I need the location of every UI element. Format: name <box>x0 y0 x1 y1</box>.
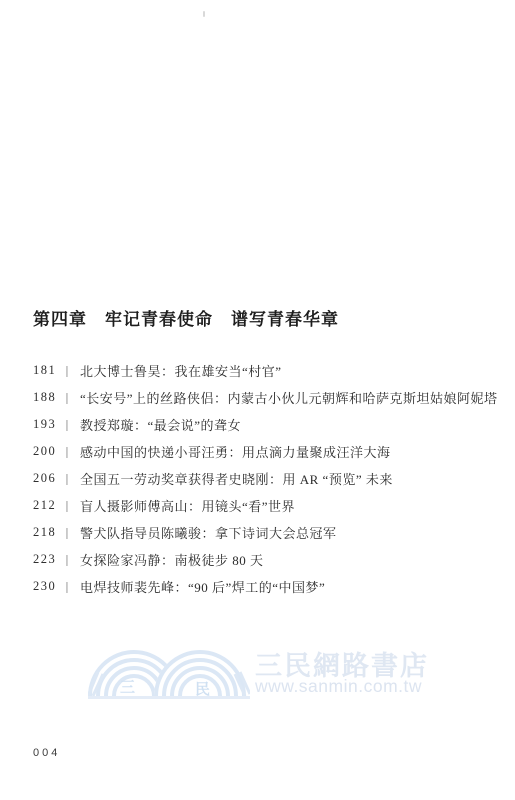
toc-page-number: 230 <box>33 579 58 594</box>
scan-speck <box>203 11 205 17</box>
logo-left-character: 三 <box>120 676 135 697</box>
toc-divider: | <box>58 526 76 540</box>
toc-page-number: 206 <box>33 471 58 486</box>
toc-divider: | <box>58 445 76 459</box>
toc-page-number: 223 <box>33 552 58 567</box>
watermark-url-text: www.sanmin.com.tw <box>255 676 422 697</box>
book-page: 第四章 牢记青春使命 谱写青春华章 181 | 北大博士鲁昊：我在雄安当“村官”… <box>0 0 515 800</box>
toc-divider: | <box>58 364 76 378</box>
toc-entry: 212 | 盲人摄影师傅高山：用镜头“看”世界 <box>33 492 503 519</box>
toc-entry: 193 | 教授郑璇：“最会说”的聋女 <box>33 411 503 438</box>
toc-title: 全国五一劳动奖章获得者史晓刚：用 AR “预览” 未来 <box>80 469 393 488</box>
page-number: 004 <box>33 747 60 759</box>
chapter-heading: 第四章 牢记青春使命 谱写青春华章 <box>33 305 339 330</box>
toc-title: “长安号”上的丝路侠侣：内蒙古小伙儿元朝辉和哈萨克斯坦姑娘阿妮塔 <box>80 388 498 407</box>
toc-divider: | <box>58 499 76 513</box>
toc-title: 警犬队指导员陈曦骏：拿下诗词大会总冠军 <box>80 523 337 542</box>
toc-divider: | <box>58 418 76 432</box>
toc-page-number: 181 <box>33 363 58 378</box>
toc-entry: 223 | 女探险家冯静：南极徒步 80 天 <box>33 546 503 573</box>
toc-entry: 218 | 警犬队指导员陈曦骏：拿下诗词大会总冠军 <box>33 519 503 546</box>
toc-divider: | <box>58 553 76 567</box>
toc-page-number: 212 <box>33 498 58 513</box>
toc-entry: 200 | 感动中国的快递小哥汪勇：用点滴力量聚成汪洋大海 <box>33 438 503 465</box>
toc-entry: 230 | 电焊技师裴先峰：“90 后”焊工的“中国梦” <box>33 573 503 600</box>
sanmin-logo-arcs-icon <box>88 640 250 702</box>
toc-title: 女探险家冯静：南极徒步 80 天 <box>80 550 264 569</box>
toc-list: 181 | 北大博士鲁昊：我在雄安当“村官” 188 | “长安号”上的丝路侠侣… <box>33 357 503 600</box>
toc-page-number: 218 <box>33 525 58 540</box>
logo-right-character: 民 <box>195 678 210 699</box>
watermark: 三 民 三民網路書店 www.sanmin.com.tw <box>88 640 448 702</box>
toc-page-number: 193 <box>33 417 58 432</box>
toc-title: 电焊技师裴先峰：“90 后”焊工的“中国梦” <box>80 577 325 596</box>
toc-entry: 181 | 北大博士鲁昊：我在雄安当“村官” <box>33 357 503 384</box>
toc-title: 北大博士鲁昊：我在雄安当“村官” <box>80 361 282 380</box>
toc-title: 感动中国的快递小哥汪勇：用点滴力量聚成汪洋大海 <box>80 442 391 461</box>
toc-divider: | <box>58 391 76 405</box>
toc-page-number: 188 <box>33 390 58 405</box>
toc-title: 盲人摄影师傅高山：用镜头“看”世界 <box>80 496 295 515</box>
toc-divider: | <box>58 472 76 486</box>
toc-divider: | <box>58 580 76 594</box>
toc-entry: 206 | 全国五一劳动奖章获得者史晓刚：用 AR “预览” 未来 <box>33 465 503 492</box>
toc-title: 教授郑璇：“最会说”的聋女 <box>80 415 241 434</box>
toc-page-number: 200 <box>33 444 58 459</box>
toc-entry: 188 | “长安号”上的丝路侠侣：内蒙古小伙儿元朝辉和哈萨克斯坦姑娘阿妮塔 <box>33 384 503 411</box>
